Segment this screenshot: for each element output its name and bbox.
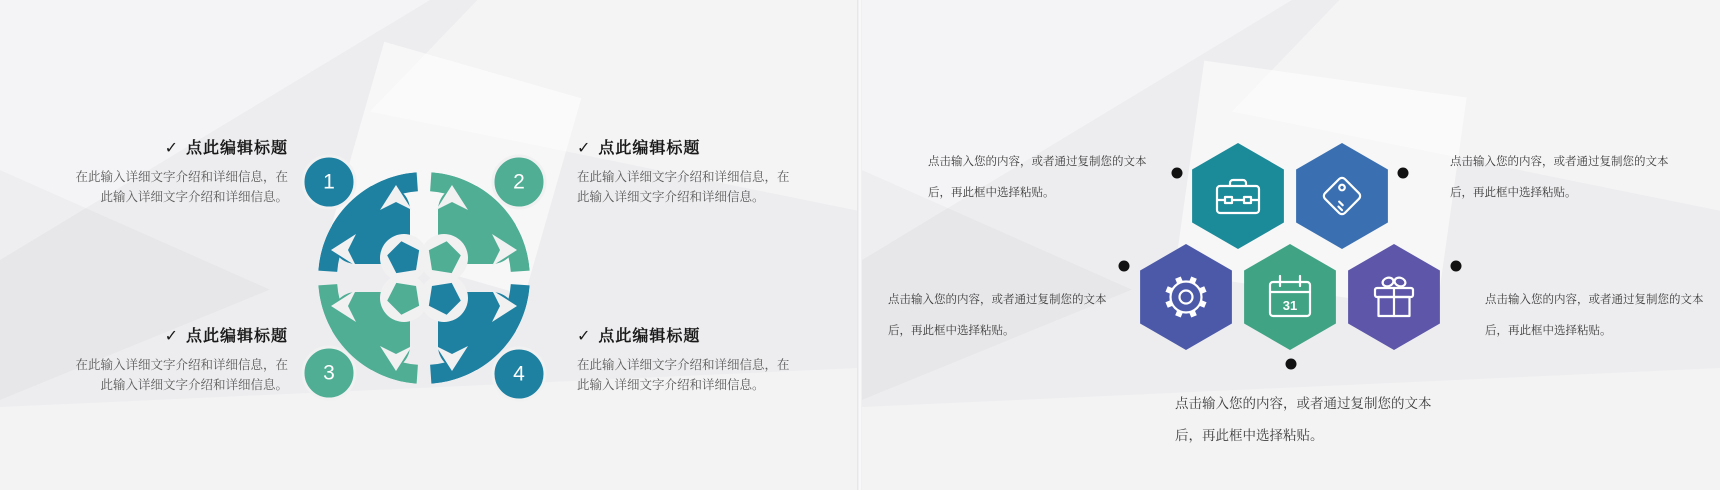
block-title: ✓点此编辑标题 (48, 138, 288, 160)
hexagon-calendar: 31 (1244, 244, 1336, 350)
text-block-bottom-right: ✓点此编辑标题 在此输入详细文字介绍和详细信息，在 此输入详细文字介绍和详细信息… (577, 326, 817, 395)
block-body: 在此输入详细文字介绍和详细信息，在 此输入详细文字介绍和详细信息。 (48, 355, 288, 395)
hexagon-gear (1140, 244, 1232, 350)
connector-dot (1398, 168, 1409, 179)
step-circle-1: 1 (303, 156, 355, 208)
block-body: 在此输入详细文字介绍和详细信息，在 此输入详细文字介绍和详细信息。 (577, 355, 817, 395)
step-circle-2: 2 (493, 156, 545, 208)
block-title: ✓点此编辑标题 (577, 138, 817, 160)
checkmark-icon: ✓ (577, 328, 591, 345)
slides-strip: ✓点此编辑标题 在此输入详细文字介绍和详细信息，在 此输入详细文字介绍和详细信息… (0, 0, 1720, 490)
connector-dot (1286, 359, 1297, 370)
step-circle-4: 4 (493, 348, 545, 400)
step-circle-3: 3 (303, 347, 355, 399)
step-number: 2 (513, 171, 525, 194)
block-title: ✓点此编辑标题 (577, 326, 817, 348)
block-body: 在此输入详细文字介绍和详细信息，在 此输入详细文字介绍和详细信息。 (577, 167, 817, 207)
text-block-top-right: ✓点此编辑标题 在此输入详细文字介绍和详细信息，在 此输入详细文字介绍和详细信息… (577, 138, 817, 207)
caption-middle-right: 点击输入您的内容，或者通过复制您的文本 后，再此框中选择粘贴。 (1485, 285, 1704, 347)
teamwork-wheel-diagram: 1 2 3 4 (289, 143, 559, 413)
checkmark-icon: ✓ (165, 328, 179, 345)
step-number: 3 (323, 362, 335, 385)
connector-dot (1119, 261, 1130, 272)
text-block-bottom-left: ✓点此编辑标题 在此输入详细文字介绍和详细信息，在 此输入详细文字介绍和详细信息… (48, 326, 288, 395)
caption-middle-left: 点击输入您的内容，或者通过复制您的文本 后，再此框中选择粘贴。 (888, 285, 1107, 347)
slide-left-preview[interactable]: ✓点此编辑标题 在此输入详细文字介绍和详细信息，在 此输入详细文字介绍和详细信息… (0, 0, 858, 490)
caption-top-left: 点击输入您的内容，或者通过复制您的文本 后，再此框中选择粘贴。 (928, 147, 1147, 209)
text-block-top-left: ✓点此编辑标题 在此输入详细文字介绍和详细信息，在 此输入详细文字介绍和详细信息… (48, 138, 288, 207)
hexagon-price-tag (1296, 143, 1388, 249)
block-title: ✓点此编辑标题 (48, 326, 288, 348)
block-body: 在此输入详细文字介绍和详细信息，在 此输入详细文字介绍和详细信息。 (48, 167, 288, 207)
calendar-day-label: 31 (1283, 298, 1297, 313)
connector-dot (1172, 168, 1183, 179)
caption-top-right: 点击输入您的内容，或者通过复制您的文本 后，再此框中选择粘贴。 (1450, 147, 1669, 209)
checkmark-icon: ✓ (577, 140, 591, 157)
hexagon-cluster-diagram: 31 (1112, 125, 1472, 375)
checkmark-icon: ✓ (165, 140, 179, 157)
connector-dot (1451, 261, 1462, 272)
slide-right-preview[interactable]: 31 点击输入您的内容，或者通过复制您的文本 (862, 0, 1720, 490)
caption-bottom-center: 点击输入您的内容，或者通过复制您的文本 后，再此框中选择粘贴。 (1175, 388, 1432, 452)
hexagon-briefcase (1192, 143, 1284, 249)
step-number: 1 (323, 171, 335, 194)
hexagon-gift (1348, 244, 1440, 350)
step-number: 4 (513, 363, 525, 386)
